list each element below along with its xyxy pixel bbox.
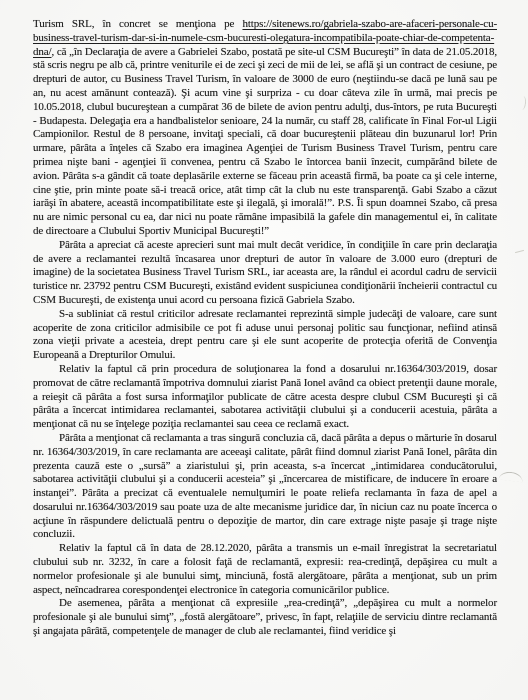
scan-artifact (515, 250, 524, 253)
paragraph: Pârâta a menţionat că reclamanta a tras … (33, 432, 497, 542)
paragraph: Relativ la faptul că prin procedura de s… (33, 363, 497, 432)
paragraph: Pârâta a apreciat că aceste aprecieri su… (33, 239, 497, 308)
paragraph-text: De asemenea, pârâta a menţionat că expre… (33, 597, 497, 637)
paragraph: Relativ la faptul că în data de 28.12.20… (33, 542, 497, 597)
paragraph-text: Pârâta a apreciat că aceste aprecieri su… (33, 239, 497, 306)
scan-artifact (518, 96, 526, 111)
paragraph-text: , că „în Declaraţia de avere a Gabrielei… (33, 46, 497, 237)
paragraph-text: Relativ la faptul că în data de 28.12.20… (33, 542, 497, 595)
paragraph-text: S-a subliniat că restul criticilor adres… (33, 308, 497, 361)
scanned-document-page: Turism SRL, în concret se menţiona pe ht… (0, 0, 528, 700)
paragraph-text: Turism SRL, în concret se menţiona pe (33, 18, 242, 30)
paragraph: Turism SRL, în concret se menţiona pe ht… (33, 18, 497, 239)
paragraph-text: Pârâta a menţionat că reclamanta a tras … (33, 432, 497, 541)
document-text: Turism SRL, în concret se menţiona pe ht… (33, 18, 497, 639)
paragraph: De asemenea, pârâta a menţionat că expre… (33, 597, 497, 638)
paragraph: S-a subliniat că restul criticilor adres… (33, 308, 497, 363)
scan-artifact (499, 471, 524, 483)
paragraph-text: Relativ la faptul că prin procedura de s… (33, 363, 497, 430)
